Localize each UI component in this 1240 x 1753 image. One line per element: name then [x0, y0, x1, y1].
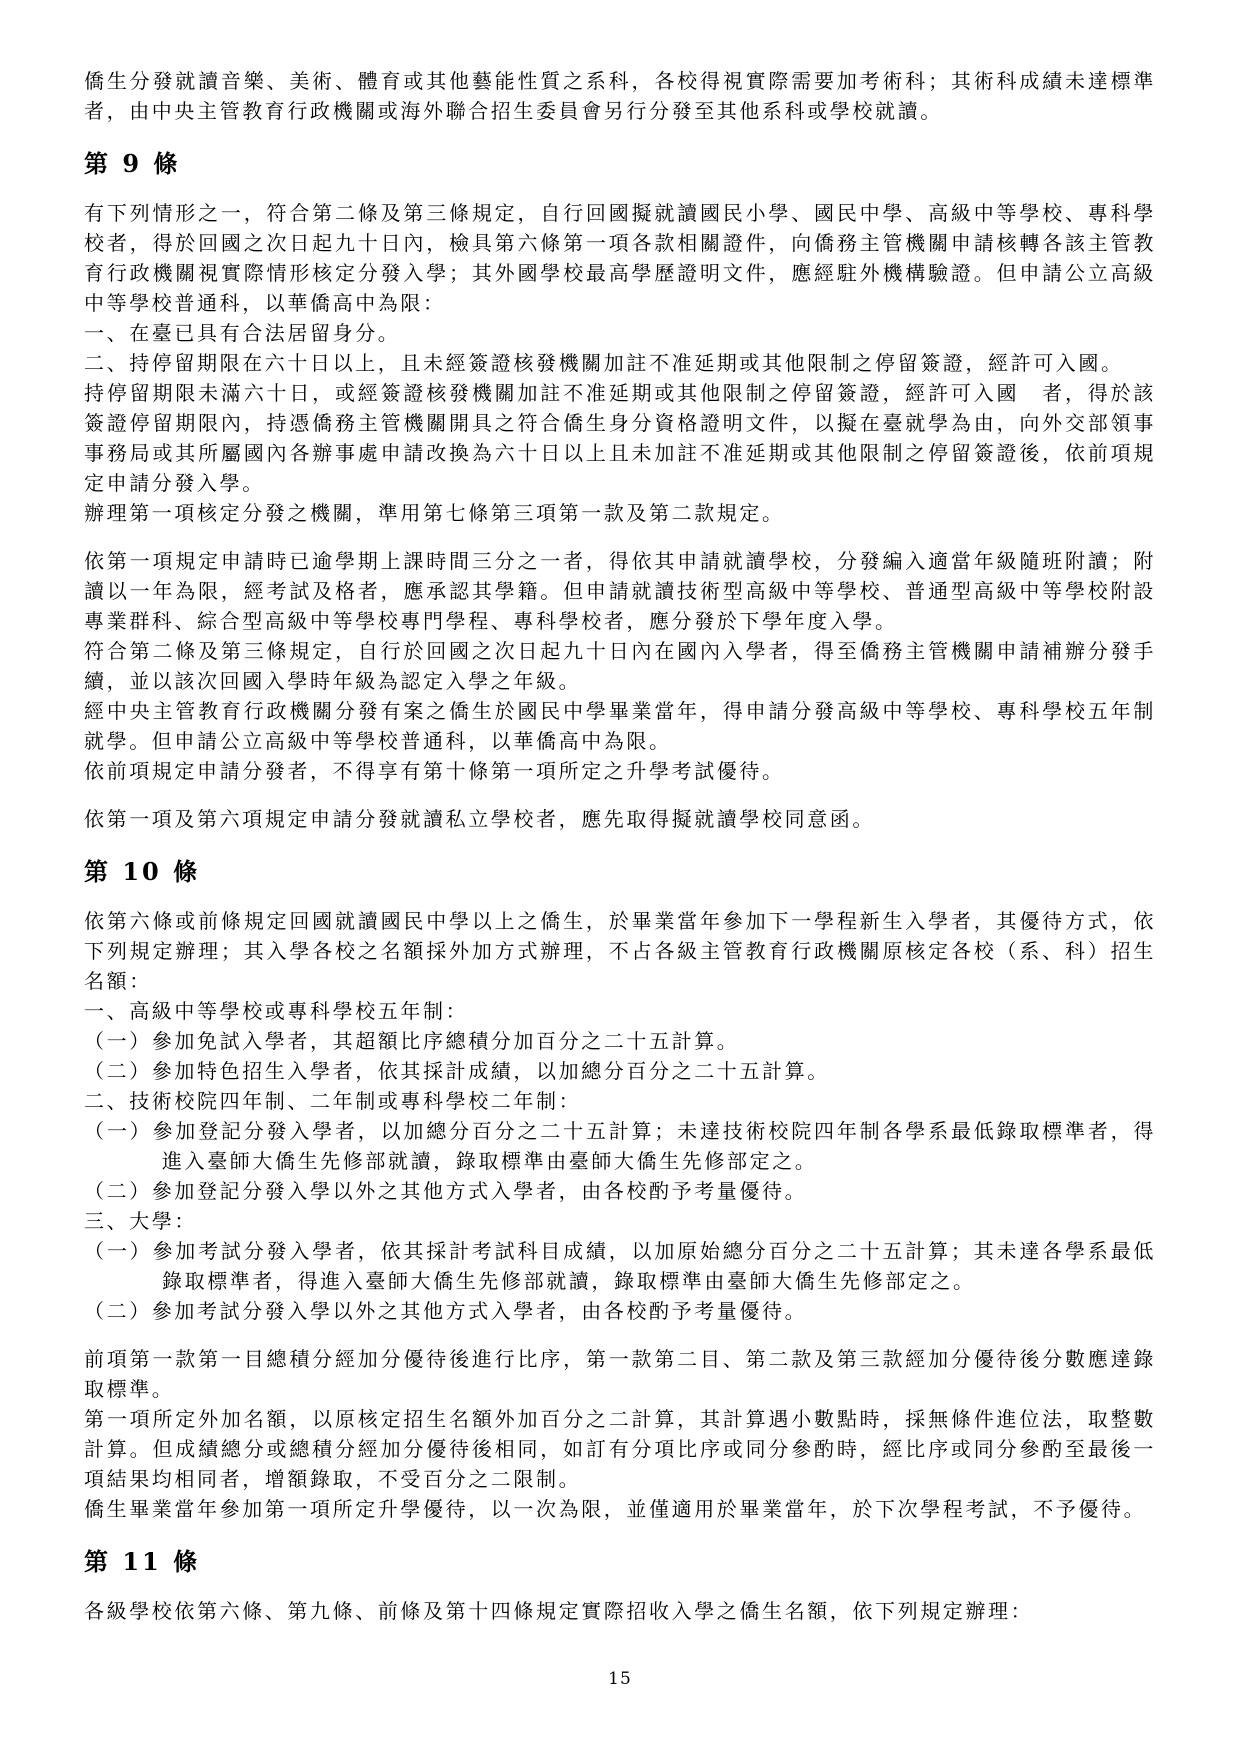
list-item: （一）參加免試入學者，其超額比序總積分加百分之二十五計算。: [84, 1026, 1156, 1056]
list-item: （一）參加登記分發入學者，以加總分百分之二十五計算；未達技術校院四年制各學系最低…: [84, 1116, 1156, 1176]
paragraph: 經中央主管教育行政機關分發有案之僑生於國民中學畢業當年，得申請分發高級中等學校、…: [84, 696, 1156, 756]
paragraph: 持停留期限未滿六十日，或經簽證核發機關加註不准延期或其他限制之停留簽證，經許可入…: [84, 378, 1156, 498]
paragraph: 一、高級中等學校或專科學校五年制：: [84, 996, 1156, 1026]
paragraph: 前項第一款第一目總積分經加分優待後進行比序，第一款第二目、第二款及第三款經加分優…: [84, 1344, 1156, 1404]
page-footer: 15: [0, 1668, 1240, 1690]
article-heading: 第 9 條: [84, 148, 1156, 180]
paragraph: 僑生分發就讀音樂、美術、體育或其他藝能性質之系科，各校得視實際需要加考術科；其術…: [84, 66, 1156, 126]
list-item: （二）參加考試分發入學以外之其他方式入學者，由各校酌予考量優待。: [84, 1296, 1156, 1326]
list-item: （二）參加登記分發入學以外之其他方式入學者，由各校酌予考量優待。: [84, 1176, 1156, 1206]
list-item: （一）參加考試分發入學者，依其採計考試科目成績，以加原始總分百分之二十五計算；其…: [84, 1236, 1156, 1296]
document-body: 僑生分發就讀音樂、美術、體育或其他藝能性質之系科，各校得視實際需要加考術科；其術…: [84, 66, 1156, 1626]
paragraph: 各級學校依第六條、第九條、前條及第十四條規定實際招收入學之僑生名額，依下列規定辦…: [84, 1596, 1156, 1626]
paragraph: 依前項規定申請分發者，不得享有第十條第一項所定之升學考試優待。: [84, 756, 1156, 786]
article-heading: 第 11 條: [84, 1546, 1156, 1578]
document-page: 僑生分發就讀音樂、美術、體育或其他藝能性質之系科，各校得視實際需要加考術科；其術…: [0, 0, 1240, 1753]
paragraph: 依第一項規定申請時已逾學期上課時間三分之一者，得依其申請就讀學校，分發編入適當年…: [84, 546, 1156, 636]
paragraph: 二、技術校院四年制、二年制或專科學校二年制：: [84, 1086, 1156, 1116]
paragraph: 三、大學：: [84, 1206, 1156, 1236]
paragraph: 符合第二條及第三條規定，自行於回國之次日起九十日內在國內入學者，得至僑務主管機關…: [84, 636, 1156, 696]
paragraph: 依第六條或前條規定回國就讀國民中學以上之僑生，於畢業當年參加下一學程新生入學者，…: [84, 906, 1156, 996]
paragraph: 有下列情形之一，符合第二條及第三條規定，自行回國擬就讀國民小學、國民中學、高級中…: [84, 198, 1156, 318]
paragraph: 辦理第一項核定分發之機關，準用第七條第三項第一款及第二款規定。: [84, 498, 1156, 528]
article-heading: 第 10 條: [84, 856, 1156, 888]
paragraph: 第一項所定外加名額，以原核定招生名額外加百分之二計算，其計算遇小數點時，採無條件…: [84, 1404, 1156, 1494]
paragraph: 一、在臺已具有合法居留身分。: [84, 318, 1156, 348]
list-item: （二）參加特色招生入學者，依其採計成績，以加總分百分之二十五計算。: [84, 1056, 1156, 1086]
page-number: 15: [608, 1669, 632, 1689]
paragraph: 依第一項及第六項規定申請分發就讀私立學校者，應先取得擬就讀學校同意函。: [84, 804, 1156, 834]
paragraph: 僑生畢業當年參加第一項所定升學優待，以一次為限，並僅適用於畢業當年，於下次學程考…: [84, 1494, 1156, 1524]
paragraph: 二、持停留期限在六十日以上，且未經簽證核發機關加註不准延期或其他限制之停留簽證，…: [84, 348, 1156, 378]
